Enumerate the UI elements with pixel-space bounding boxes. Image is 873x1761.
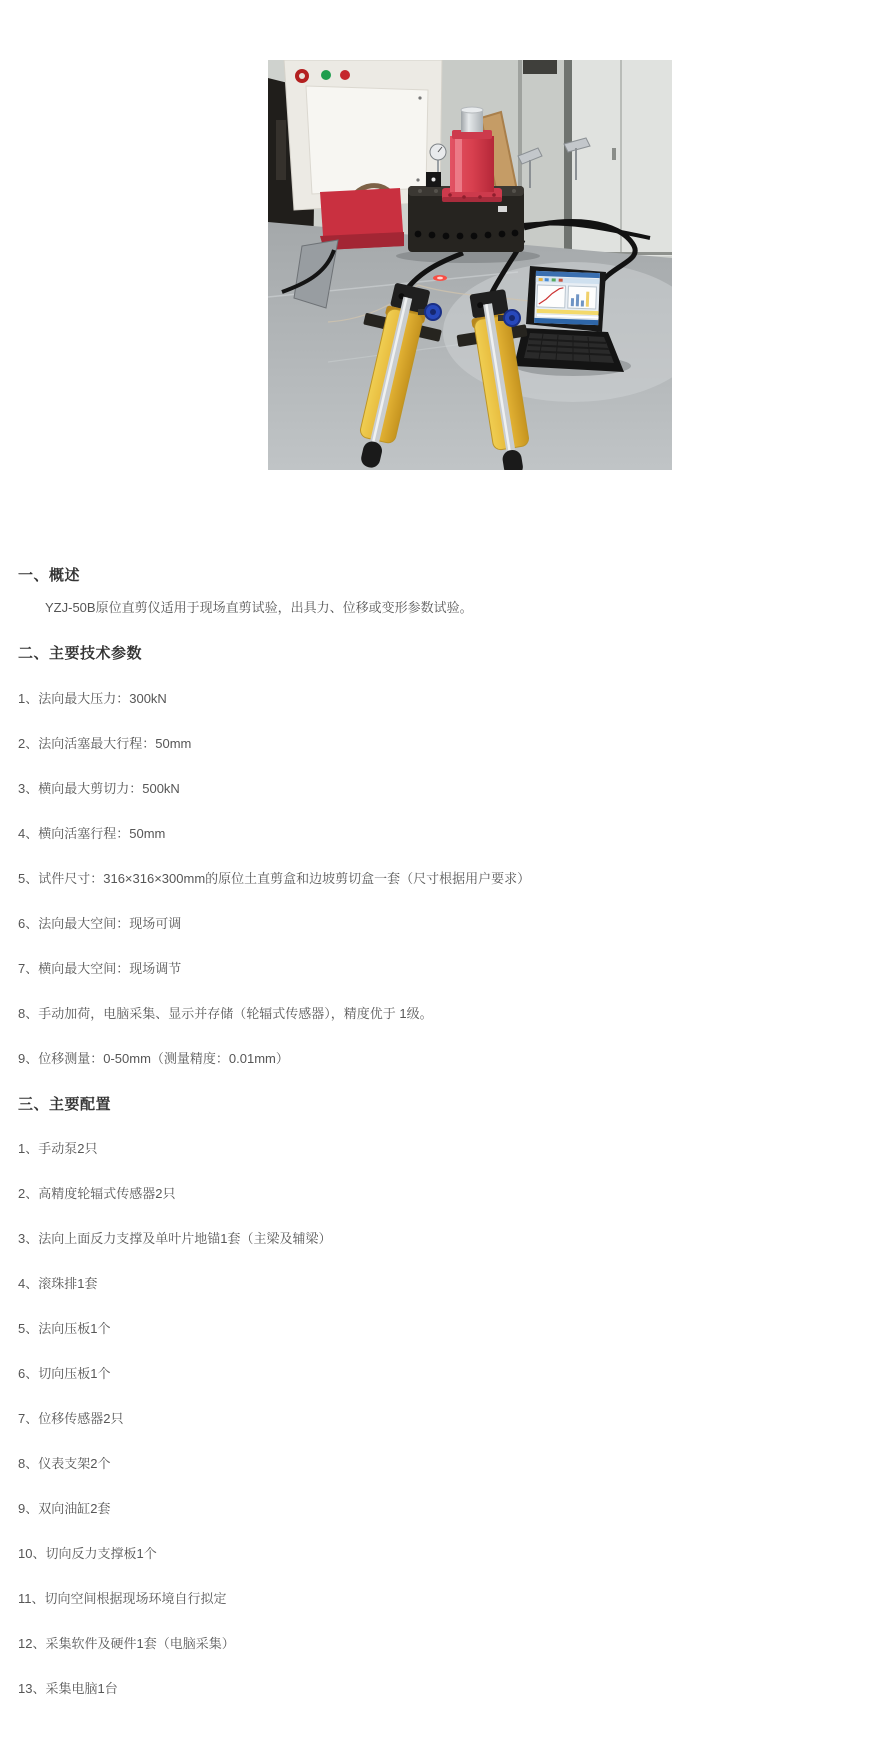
list-item: 11、切向空间根据现场环境自行拟定 xyxy=(18,1576,873,1621)
list-item: 12、采集软件及硬件1套（电脑采集） xyxy=(18,1621,873,1666)
list-item: 6、法向最大空间：现场可调 xyxy=(18,901,873,946)
config-heading: 三、主要配置 xyxy=(18,1082,111,1127)
list-item: 10、切向反力支撑板1个 xyxy=(18,1531,873,1576)
tech-params-heading: 二、主要技术参数 xyxy=(18,631,142,676)
overview-paragraph: YZJ-50B原位直剪仪适用于现场直剪试验，出具力、位移或变形参数试验。 xyxy=(45,585,473,630)
list-item: 5、试件尺寸：316×316×300mm的原位土直剪盒和边坡剪切盒一套（尺寸根据… xyxy=(18,856,873,901)
list-item: 2、法向活塞最大行程：50mm xyxy=(18,721,873,766)
sensor-cube xyxy=(426,172,441,187)
list-item: 5、法向压板1个 xyxy=(18,1306,873,1351)
product-photo xyxy=(268,60,672,470)
list-item: 2、高精度轮辐式传感器2只 xyxy=(18,1171,873,1216)
list-item: 3、法向上面反力支撑及单叶片地锚1套（主梁及辅梁） xyxy=(18,1216,873,1261)
list-item: 1、手动泵2只 xyxy=(18,1126,873,1171)
list-item: 4、横向活塞行程：50mm xyxy=(18,811,873,856)
tech-params-list: 1、法向最大压力：300kN2、法向活塞最大行程：50mm3、横向最大剪切力：5… xyxy=(18,676,873,1081)
list-item: 8、仪表支架2个 xyxy=(18,1441,873,1486)
config-list: 1、手动泵2只2、高精度轮辐式传感器2只3、法向上面反力支撑及单叶片地锚1套（主… xyxy=(18,1126,873,1711)
laptop-screen xyxy=(534,271,600,325)
list-item: 6、切向压板1个 xyxy=(18,1351,873,1396)
laptop-keyboard xyxy=(514,328,624,372)
list-item: 9、双向油缸2套 xyxy=(18,1486,873,1531)
laser-dot xyxy=(433,275,447,281)
product-page: 一、概述 YZJ-50B原位直剪仪适用于现场直剪试验，出具力、位移或变形参数试验… xyxy=(0,0,873,1761)
list-item: 7、位移传感器2只 xyxy=(18,1396,873,1441)
list-item: 4、滚珠排1套 xyxy=(18,1261,873,1306)
list-item: 8、手动加荷，电脑采集、显示并存储（轮辐式传感器），精度优于 1级。 xyxy=(18,991,873,1036)
list-item: 9、位移测量：0-50mm（测量精度：0.01mm） xyxy=(18,1036,873,1081)
list-item: 3、横向最大剪切力：500kN xyxy=(18,766,873,811)
list-item: 13、采集电脑1台 xyxy=(18,1666,873,1711)
list-item: 1、法向最大压力：300kN xyxy=(18,676,873,721)
list-item: 7、横向最大空间：现场调节 xyxy=(18,946,873,991)
